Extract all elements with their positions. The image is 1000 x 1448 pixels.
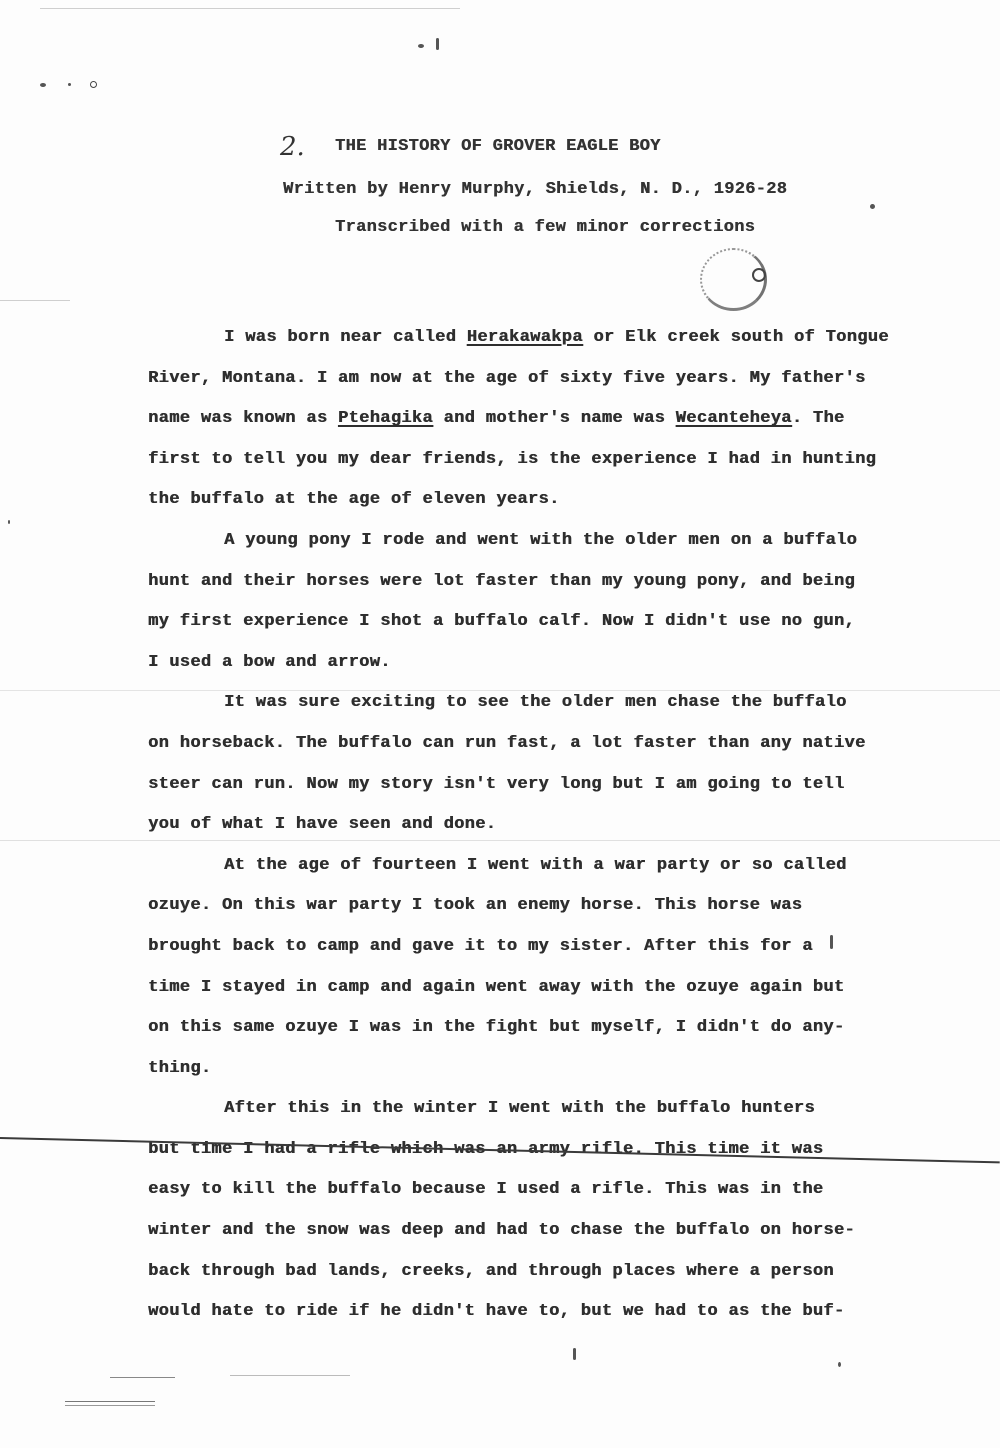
text-line: brought back to camp and gave it to my s… (148, 927, 888, 968)
text-segment: ozuye. On this war party I took an enemy… (148, 896, 802, 915)
text-line: I was born near called Herakawakpa or El… (148, 318, 888, 359)
scan-artifact-line (110, 1377, 175, 1378)
text-segment: the buffalo at the age of eleven years. (148, 490, 560, 509)
text-segment: you of what I have seen and done. (148, 815, 496, 834)
ink-speck (870, 204, 875, 209)
stamp-mark-icon (752, 268, 766, 282)
text-line: hunt and their horses were lot faster th… (148, 562, 888, 603)
text-line: winter and the snow was deep and had to … (148, 1211, 888, 1252)
scan-artifact-line (0, 300, 70, 301)
text-segment: first to tell you my dear friends, is th… (148, 450, 876, 469)
underlined-name: Wecanteheya (676, 409, 792, 428)
ink-speck (68, 83, 71, 86)
ink-speck (573, 1348, 576, 1360)
handwritten-page-number: 2. (280, 132, 305, 162)
text-segment: thing. (148, 1059, 211, 1078)
text-line: first to tell you my dear friends, is th… (148, 440, 888, 481)
ink-speck (418, 44, 424, 48)
text-segment: would hate to ride if he didn't have to,… (148, 1302, 844, 1321)
text-segment: River, Montana. I am now at the age of s… (148, 369, 866, 388)
ink-speck (8, 520, 10, 524)
text-line: my first experience I shot a buffalo cal… (148, 602, 888, 643)
text-segment: on this same ozuye I was in the fight bu… (148, 1018, 844, 1037)
document-title: THE HISTORY OF GROVER EAGLE BOY (335, 137, 1000, 156)
text-segment: name was known as (148, 409, 338, 428)
text-line: River, Montana. I am now at the age of s… (148, 359, 888, 400)
text-line: A young pony I rode and went with the ol… (148, 521, 888, 562)
underlined-name: Ptehagika (338, 409, 433, 428)
document-byline: Written by Henry Murphy, Shields, N. D.,… (283, 180, 1000, 199)
text-segment: or Elk creek south of Tongue (583, 328, 889, 347)
scan-artifact-line (65, 1405, 155, 1406)
text-line: steer can run. Now my story isn't very l… (148, 765, 888, 806)
text-segment: back through bad lands, creeks, and thro… (148, 1262, 834, 1281)
text-segment: time I stayed in camp and again went awa… (148, 978, 844, 997)
scan-artifact-line (40, 8, 460, 9)
text-line: After this in the winter I went with the… (148, 1089, 888, 1130)
scan-artifact-line (65, 1401, 155, 1402)
text-line: back through bad lands, creeks, and thro… (148, 1252, 888, 1293)
text-segment: A young pony I rode and went with the ol… (224, 531, 857, 550)
underlined-name: Herakawakpa (467, 328, 583, 347)
text-segment: steer can run. Now my story isn't very l… (148, 775, 844, 794)
text-line: I used a bow and arrow. (148, 643, 888, 684)
text-segment: I used a bow and arrow. (148, 653, 391, 672)
text-segment: After this in the winter I went with the… (224, 1099, 815, 1118)
ink-speck (838, 1362, 841, 1367)
text-segment: winter and the snow was deep and had to … (148, 1221, 855, 1240)
text-segment: At the age of fourteen I went with a war… (224, 856, 847, 875)
document-subtitle: Transcribed with a few minor corrections (335, 218, 1000, 237)
text-segment: on horseback. The buffalo can run fast, … (148, 734, 866, 753)
text-line: name was known as Ptehagika and mother's… (148, 399, 888, 440)
ink-speck (90, 81, 97, 88)
text-line: easy to kill the buffalo because I used … (148, 1170, 888, 1211)
scan-artifact-line (230, 1375, 350, 1376)
text-segment: It was sure exciting to see the older me… (224, 693, 847, 712)
text-line: the buffalo at the age of eleven years. (148, 480, 888, 521)
ink-speck (436, 38, 439, 50)
scanned-page: 2. THE HISTORY OF GROVER EAGLE BOY Writt… (0, 0, 1000, 1448)
text-line: time I stayed in camp and again went awa… (148, 968, 888, 1009)
text-segment: my first experience I shot a buffalo cal… (148, 612, 855, 631)
text-segment: . The (792, 409, 845, 428)
text-line: ozuye. On this war party I took an enemy… (148, 886, 888, 927)
text-line: you of what I have seen and done. (148, 805, 888, 846)
text-line: At the age of fourteen I went with a war… (148, 846, 888, 887)
text-line: on this same ozuye I was in the fight bu… (148, 1008, 888, 1049)
text-segment: I was born near called (224, 328, 467, 347)
text-line: on horseback. The buffalo can run fast, … (148, 724, 888, 765)
text-line: would hate to ride if he didn't have to,… (148, 1292, 888, 1333)
document-body: I was born near called Herakawakpa or El… (148, 318, 888, 1333)
ink-speck (40, 83, 46, 87)
text-segment: hunt and their horses were lot faster th… (148, 572, 855, 591)
text-line: It was sure exciting to see the older me… (148, 683, 888, 724)
text-segment: brought back to camp and gave it to my s… (148, 937, 813, 956)
text-segment: and mother's name was (433, 409, 676, 428)
text-line: thing. (148, 1049, 888, 1090)
text-segment: easy to kill the buffalo because I used … (148, 1180, 823, 1199)
